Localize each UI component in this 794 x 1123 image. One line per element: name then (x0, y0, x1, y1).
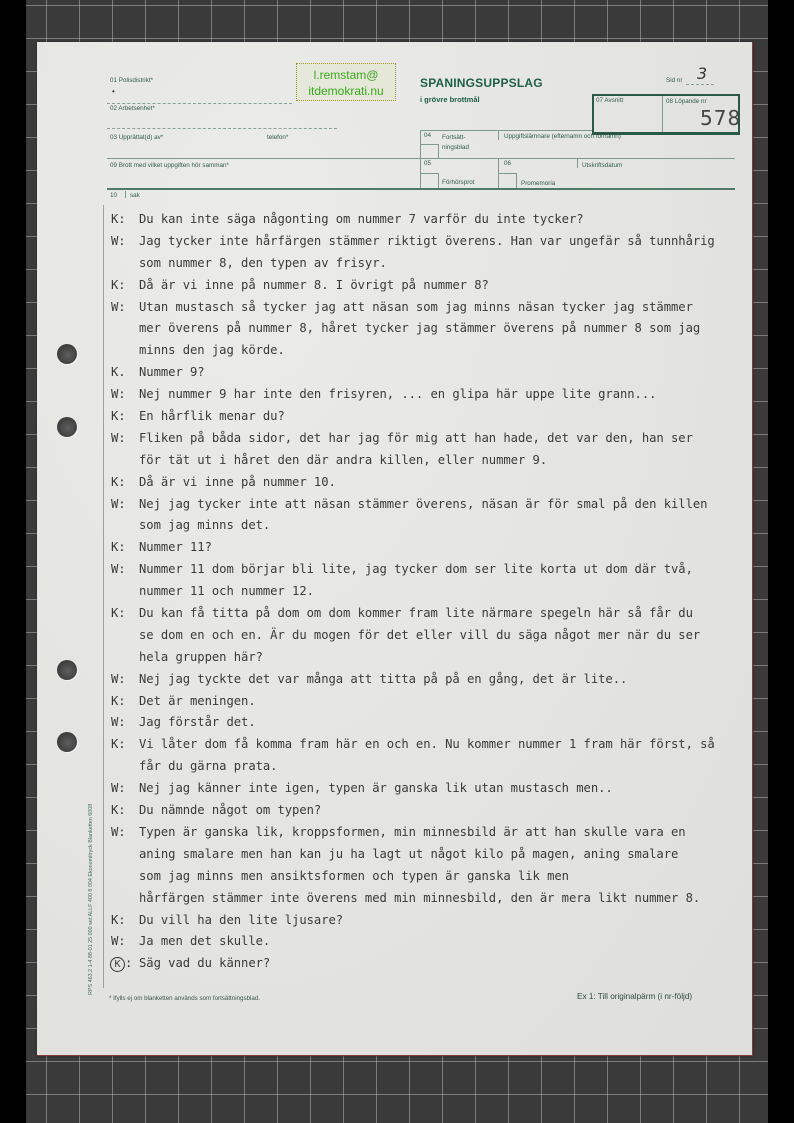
divider (107, 188, 735, 190)
speaker-label: K: (111, 910, 137, 932)
form-subtitle: i grövre brottmål (420, 95, 480, 104)
transcript-text: hela gruppen här? (139, 647, 263, 669)
circled-speaker-mark: K (110, 957, 125, 972)
speaker-label: K: (111, 953, 137, 975)
transcript-line: mer överens på nummer 8, håret tycker ja… (111, 318, 741, 340)
speaker-label: W: (111, 559, 137, 581)
divider (107, 158, 735, 159)
punch-hole (57, 344, 77, 364)
speaker-label: K: (111, 472, 137, 494)
speaker-label: K. (111, 362, 137, 384)
divider (577, 158, 578, 168)
field-label-polisdistrikt: 01 Polisdistrikt* (110, 77, 153, 84)
speaker-label: W: (111, 428, 137, 450)
field-number-10: 10 (110, 192, 117, 199)
print-code: RPS 463.2 1-4 88-01 25 000 set ALLF 400 … (88, 804, 94, 995)
transcript-line: K:Då är vi inne på nummer 10. (111, 472, 741, 494)
transcript-text: Du kan få titta på dom om dom kommer fra… (139, 603, 693, 625)
email-stamp: l.remstam@ itdemokrati.nu (296, 63, 396, 101)
speaker-label: W: (111, 384, 137, 406)
transcript-line: K:Du kan inte säga någonting om nummer 7… (111, 209, 741, 231)
transcript-text: Du vill ha den lite ljusare? (139, 910, 343, 932)
transcript-text: får du gärna prata. (139, 756, 277, 778)
transcript-text: Nej jag känner inte igen, typen är gansk… (139, 778, 613, 800)
transcript-text: Jag tycker inte hårfärgen stämmer riktig… (139, 231, 715, 253)
transcript-text: Det är meningen. (139, 691, 256, 713)
transcript-line: nummer 11 och nummer 12. (111, 581, 741, 603)
punch-hole (57, 417, 77, 437)
transcript-line: W:Nej jag tycker inte att näsan stämmer … (111, 494, 741, 516)
divider (662, 96, 663, 132)
field-label-brott: 09 Brott med vilket uppgiften hör samman… (110, 162, 229, 169)
speaker-label: K: (111, 275, 137, 297)
field-label-upprattad-av: 03 Upprättat(d) av* (110, 134, 163, 141)
field-label-forhorsprot: Förhörsprot (442, 179, 475, 186)
transcript-text: Då är vi inne på nummer 8. I övrigt på n… (139, 275, 489, 297)
speaker-label: K: (111, 734, 137, 756)
form-title: SPANINGSUPPSLAG (420, 76, 543, 90)
speaker-label: W: (111, 931, 137, 953)
transcript-line: K:Du nämnde något om typen? (111, 800, 741, 822)
transcript-text: Nej nummer 9 har inte den frisyren, ... … (139, 384, 656, 406)
field-label-sak: sak (130, 192, 140, 199)
transcript-line: K:En hårflik menar du? (111, 406, 741, 428)
checkbox-fortsattningsblad[interactable] (420, 144, 439, 159)
transcript-text: Du kan inte säga någonting om nummer 7 v… (139, 209, 584, 231)
transcript-text: Nej jag tyckte det var många att titta p… (139, 669, 627, 691)
page-number-label: Sid nr (666, 77, 682, 84)
speaker-label: K: (111, 800, 137, 822)
punch-hole (57, 660, 77, 680)
transcript-text: Nummer 11 dom börjar bli lite, jag tycke… (139, 559, 693, 581)
transcript-text: hårfärgen stämmer inte överens med min m… (139, 888, 700, 910)
transcript-text: En hårflik menar du? (139, 406, 285, 428)
transcript-line: W:Jag tycker inte hårfärgen stämmer rikt… (111, 231, 741, 253)
checkbox-promemoria[interactable] (498, 173, 517, 188)
speaker-label: W: (111, 778, 137, 800)
transcript-text: Vi låter dom få komma fram här en och en… (139, 734, 715, 756)
transcript-line: W:Jag förstår det. (111, 712, 741, 734)
transcript-text: Nej jag tycker inte att näsan stämmer öv… (139, 494, 707, 516)
left-margin-line (103, 205, 104, 988)
transcript-line: som jag minns det. (111, 515, 741, 537)
transcript-text: Säg vad du känner? (139, 953, 270, 975)
transcript-text: Då är vi inne på nummer 10. (139, 472, 336, 494)
transcript-line: hela gruppen här? (111, 647, 741, 669)
copy-note: Ex 1: Till originalpärm (i nr-följd) (577, 992, 692, 1001)
transcript-text: se dom en och en. Är du mogen för det el… (139, 625, 700, 647)
speaker-label: W: (111, 231, 137, 253)
transcript-text: Typen är ganska lik, kroppsformen, min m… (139, 822, 686, 844)
field-label-fortsattningsblad-1: Fortsätt- (442, 134, 465, 141)
transcript-line: K:Säg vad du känner? (111, 953, 741, 975)
divider (107, 103, 292, 104)
field-label-lopande-nr: 08 Löpande nr (666, 98, 707, 105)
field-value-lopande-nr: 578 (700, 106, 741, 130)
transcript-text: Du nämnde något om typen? (139, 800, 321, 822)
transcript-text: nummer 11 och nummer 12. (139, 581, 314, 603)
divider (498, 130, 499, 140)
speaker-label: K: (111, 691, 137, 713)
field-label-avsnitt: 07 Avsnitt (596, 97, 623, 104)
transcript-line: aning smalare men han kan ju ha lagt ut … (111, 844, 741, 866)
transcript-line: W:Nej jag tyckte det var många att titta… (111, 669, 741, 691)
speaker-label: K: (111, 406, 137, 428)
speaker-label: K: (111, 209, 137, 231)
transcript-line: K:Då är vi inne på nummer 8. I övrigt på… (111, 275, 741, 297)
transcript-line: K:Nummer 11? (111, 537, 741, 559)
email-stamp-line2: itdemokrati.nu (297, 83, 395, 99)
field-label-arbetsenhet: 02 Arbetsenhet* (110, 105, 155, 112)
transcript-line: W:Ja men det skulle. (111, 931, 741, 953)
transcript-line: som nummer 8, den typen av frisyr. (111, 253, 741, 275)
speaker-label: K: (111, 603, 137, 625)
interview-transcript: K:Du kan inte säga någonting om nummer 7… (111, 209, 741, 975)
transcript-line: se dom en och en. Är du mogen för det el… (111, 625, 741, 647)
transcript-text: som jag minns men ansiktsformen och type… (139, 866, 569, 888)
transcript-line: W:Fliken på båda sidor, det har jag för … (111, 428, 741, 450)
punch-hole (57, 732, 77, 752)
field-number-04: 04 (424, 132, 431, 139)
avsnitt-lopande-box: 07 Avsnitt 08 Löpande nr 578 (592, 94, 740, 135)
transcript-text: minns den jag körde. (139, 340, 285, 362)
transcript-text: som jag minns det. (139, 515, 270, 537)
divider (420, 130, 592, 131)
speaker-label: K: (111, 537, 137, 559)
transcript-line: W:Nummer 11 dom börjar bli lite, jag tyc… (111, 559, 741, 581)
transcript-line: som jag minns men ansiktsformen och type… (111, 866, 741, 888)
transcript-text: Nummer 11? (139, 537, 212, 559)
divider (686, 84, 714, 85)
transcript-line: W:Utan mustasch så tycker jag att näsan … (111, 297, 741, 319)
transcript-text: Utan mustasch så tycker jag att näsan so… (139, 297, 693, 319)
speaker-label: W: (111, 297, 137, 319)
transcript-line: K:Du kan få titta på dom om dom kommer f… (111, 603, 741, 625)
transcript-text: aning smalare men han kan ju ha lagt ut … (139, 844, 678, 866)
field-label-uppgiftslamnare: Uppgiftslämnare (efternamn och förnamn) (504, 133, 621, 140)
transcript-line: W:Typen är ganska lik, kroppsformen, min… (111, 822, 741, 844)
transcript-line: hårfärgen stämmer inte överens med min m… (111, 888, 741, 910)
transcript-line: K:Vi låter dom få komma fram här en och … (111, 734, 741, 756)
speaker-label: W: (111, 712, 137, 734)
transcript-line: W:Nej nummer 9 har inte den frisyren, ..… (111, 384, 741, 406)
field-label-promemoria: Promemoria (521, 180, 555, 187)
transcript-text: Jag förstår det. (139, 712, 256, 734)
footnote: * Ifylls ej om blanketten används som fo… (109, 995, 260, 1002)
transcript-line: får du gärna prata. (111, 756, 741, 778)
speaker-label: W: (111, 669, 137, 691)
field-value-polisdistrikt: • (112, 87, 115, 96)
field-label-fortsattningsblad-2: ningsblad (442, 144, 469, 151)
field-number-05: 05 (424, 160, 431, 167)
speaker-label: W: (111, 822, 137, 844)
transcript-line: K.Nummer 9? (111, 362, 741, 384)
transcript-text: Fliken på båda sidor, det har jag för mi… (139, 428, 693, 450)
field-label-utskriftsdatum: Utskriftsdatum (582, 162, 622, 169)
speaker-suffix: : (125, 956, 132, 970)
field-label-telefon: telefon* (267, 134, 288, 141)
transcript-text: Nummer 9? (139, 362, 205, 384)
checkbox-forhorsprot[interactable] (420, 173, 439, 188)
transcript-text: Ja men det skulle. (139, 931, 270, 953)
speaker-label: W: (111, 494, 137, 516)
transcript-line: minns den jag körde. (111, 340, 741, 362)
page-number-value: 3 (697, 64, 707, 83)
divider (107, 128, 337, 129)
transcript-text: som nummer 8, den typen av frisyr. (139, 253, 387, 275)
transcript-line: K:Det är meningen. (111, 691, 741, 713)
transcript-line: W:Nej jag känner inte igen, typen är gan… (111, 778, 741, 800)
email-stamp-line1: l.remstam@ (297, 67, 395, 83)
transcript-text: för tät ut i håret den där andra killen,… (139, 450, 547, 472)
field-number-06: 06 (504, 160, 511, 167)
divider (125, 191, 126, 198)
transcript-line: K:Du vill ha den lite ljusare? (111, 910, 741, 932)
transcript-line: för tät ut i håret den där andra killen,… (111, 450, 741, 472)
transcript-text: mer överens på nummer 8, håret tycker ja… (139, 318, 700, 340)
